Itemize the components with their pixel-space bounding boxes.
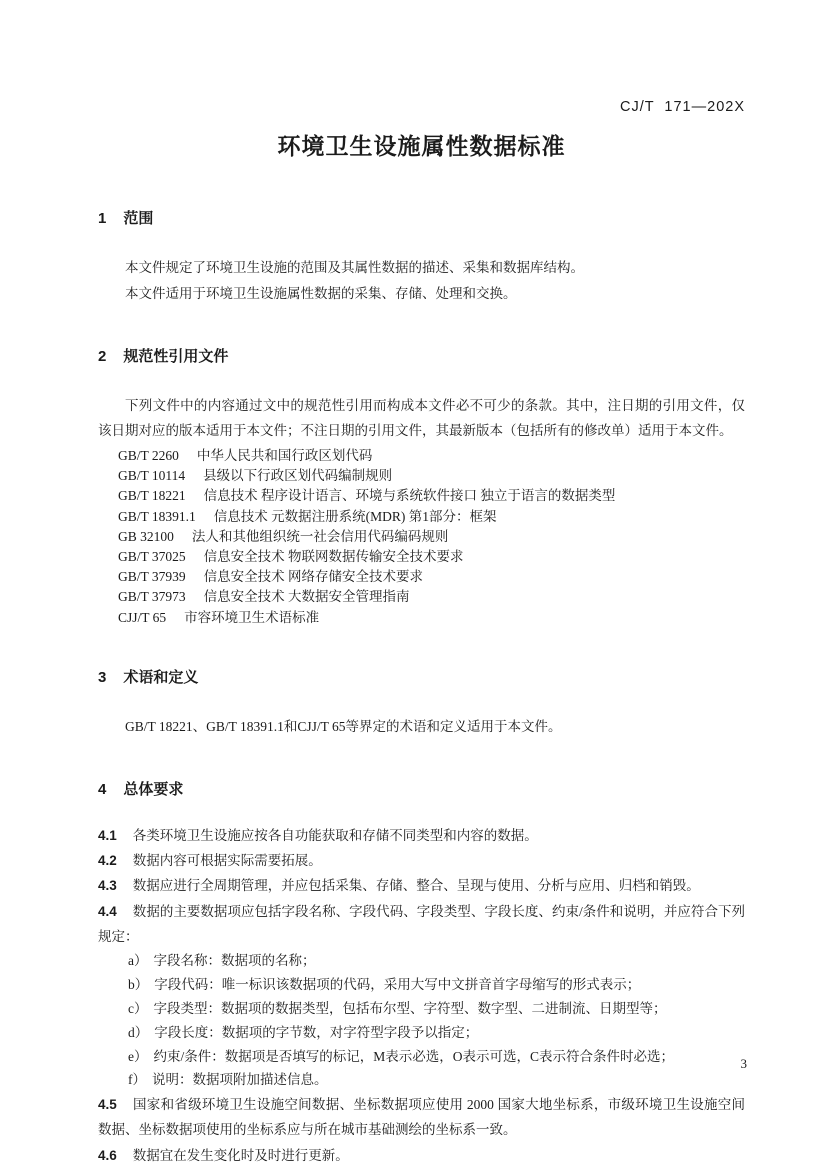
section-3-number: 3: [98, 669, 106, 686]
reference-title: 中华人民共和国行政区划代码: [197, 448, 373, 463]
reference-title: 信息安全技术 物联网数据传输安全技术要求: [204, 549, 464, 564]
sub-item-text: 约束/条件：数据项是否填写的标记，M表示必选，O表示可选，C表示符合条件时必选；: [154, 1049, 675, 1064]
page-number: 3: [741, 1056, 748, 1072]
clause-4-4: 4.4数据的主要数据项应包括字段名称、字段代码、字段类型、字段长度、约束/条件和…: [98, 899, 745, 950]
reference-code: GB/T 18391.1: [118, 507, 196, 527]
clause-text: 数据的主要数据项应包括字段名称、字段代码、字段类型、字段长度、约束/条件和说明，…: [98, 904, 745, 944]
section-4-title: 总体要求: [123, 781, 183, 798]
doc-number: CJ/T 171—202X: [98, 99, 745, 115]
clause-4-2: 4.2数据内容可根据实际需要拓展。: [98, 848, 745, 873]
section-2-title: 规范性引用文件: [123, 348, 228, 365]
reference-title: 信息安全技术 网络存储安全技术要求: [204, 569, 423, 584]
reference-code: GB/T 2260: [118, 446, 179, 466]
clause-number: 4.6: [98, 1148, 117, 1163]
clause-text: 各类环境卫生设施应按各自功能获取和存储不同类型和内容的数据。: [133, 828, 538, 843]
reference-item: GB/T 37939信息安全技术 网络存储安全技术要求: [98, 567, 745, 587]
clause-number: 4.1: [98, 828, 117, 843]
clause-4-1: 4.1各类环境卫生设施应按各自功能获取和存储不同类型和内容的数据。: [98, 823, 745, 848]
sub-item-d: d）字段长度：数据项的字节数，对字符型字段予以指定；: [98, 1021, 745, 1045]
page-content: CJ/T 171—202X 环境卫生设施属性数据标准 1范围 本文件规定了环境卫…: [0, 99, 826, 1168]
section-4-number: 4: [98, 781, 106, 798]
section-2-intro: 下列文件中的内容通过文中的规范性引用而构成本文件必不可少的条款。其中，注日期的引…: [98, 393, 745, 443]
reference-code: GB 32100: [118, 527, 174, 547]
sub-item-text: 说明：数据项附加描述信息。: [152, 1072, 328, 1087]
section-2-number: 2: [98, 348, 106, 365]
reference-item: GB/T 10114县级以下行政区划代码编制规则: [98, 466, 745, 486]
sub-item-label: e）: [128, 1049, 148, 1064]
sub-item-f: f）说明：数据项附加描述信息。: [98, 1068, 745, 1092]
clause-4-4-sublist: a）字段名称：数据项的名称； b）字段代码：唯一标识该数据项的代码，采用大写中文…: [98, 949, 745, 1092]
sub-item-e: e）约束/条件：数据项是否填写的标记，M表示必选，O表示可选，C表示符合条件时必…: [98, 1045, 745, 1069]
reference-item: GB/T 2260中华人民共和国行政区划代码: [98, 446, 745, 466]
reference-code: GB/T 37025: [118, 547, 186, 567]
reference-title: 信息技术 程序设计语言、环境与系统软件接口 独立于语言的数据类型: [204, 488, 616, 503]
section-3-heading: 3术语和定义: [98, 666, 745, 687]
reference-code: GB/T 18221: [118, 486, 186, 506]
sub-item-label: a）: [128, 953, 148, 968]
reference-title: 市容环境卫生术语标准: [184, 610, 319, 625]
sub-item-text: 字段长度：数据项的字节数，对字符型字段予以指定；: [154, 1025, 478, 1040]
reference-title: 法人和其他组织统一社会信用代码编码规则: [192, 529, 449, 544]
clause-text: 数据应进行全周期管理，并应包括采集、存储、整合、呈现与使用、分析与应用、归档和销…: [133, 878, 700, 893]
sub-item-label: d）: [128, 1025, 148, 1040]
clause-number: 4.4: [98, 904, 117, 919]
sub-item-c: c）字段类型：数据项的数据类型，包括布尔型、字符型、数字型、二进制流、日期型等；: [98, 997, 745, 1021]
section-1-paragraph: 本文件规定了环境卫生设施的范围及其属性数据的描述、采集和数据库结构。: [98, 255, 745, 281]
section-3-title: 术语和定义: [123, 669, 198, 686]
sub-item-label: b）: [128, 977, 148, 992]
section-1-paragraph: 本文件适用于环境卫生设施属性数据的采集、存储、处理和交换。: [98, 281, 745, 307]
sub-item-text: 字段代码：唯一标识该数据项的代码，采用大写中文拼音首字母缩写的形式表示；: [154, 977, 640, 992]
section-1-number: 1: [98, 210, 106, 227]
reference-title: 信息技术 元数据注册系统(MDR) 第1部分：框架: [214, 509, 497, 524]
section-1-title: 范围: [123, 210, 153, 227]
sub-item-b: b）字段代码：唯一标识该数据项的代码，采用大写中文拼音首字母缩写的形式表示；: [98, 973, 745, 997]
section-3-paragraph: GB/T 18221、GB/T 18391.1和CJJ/T 65等界定的术语和定…: [98, 714, 745, 740]
reference-code: GB/T 37939: [118, 567, 186, 587]
reference-title: 信息安全技术 大数据安全管理指南: [204, 589, 410, 604]
clause-4-5: 4.5国家和省级环境卫生设施空间数据、坐标数据项应使用 2000 国家大地坐标系…: [98, 1092, 745, 1143]
clause-4-6: 4.6数据宜在发生变化时及时进行更新。: [98, 1143, 745, 1168]
reference-item: GB 32100法人和其他组织统一社会信用代码编码规则: [98, 527, 745, 547]
reference-item: CJJ/T 65市容环境卫生术语标准: [98, 608, 745, 628]
reference-list: GB/T 2260中华人民共和国行政区划代码 GB/T 10114县级以下行政区…: [98, 446, 745, 628]
sub-item-label: c）: [128, 1001, 148, 1016]
sub-item-label: f）: [128, 1072, 146, 1087]
sub-item-text: 字段类型：数据项的数据类型，包括布尔型、字符型、数字型、二进制流、日期型等；: [154, 1001, 667, 1016]
reference-item: GB/T 37025信息安全技术 物联网数据传输安全技术要求: [98, 547, 745, 567]
sub-item-text: 字段名称：数据项的名称；: [154, 953, 316, 968]
clause-text: 数据内容可根据实际需要拓展。: [133, 853, 322, 868]
sub-item-a: a）字段名称：数据项的名称；: [98, 949, 745, 973]
section-2-heading: 2规范性引用文件: [98, 345, 745, 366]
section-1-heading: 1范围: [98, 207, 745, 228]
document-title: 环境卫生设施属性数据标准: [98, 128, 745, 161]
reference-code: GB/T 10114: [118, 466, 185, 486]
reference-item: GB/T 18221信息技术 程序设计语言、环境与系统软件接口 独立于语言的数据…: [98, 486, 745, 506]
reference-title: 县级以下行政区划代码编制规则: [203, 468, 392, 483]
clause-text: 国家和省级环境卫生设施空间数据、坐标数据项应使用 2000 国家大地坐标系，市级…: [98, 1097, 745, 1137]
section-4-heading: 4总体要求: [98, 778, 745, 799]
reference-item: GB/T 37973信息安全技术 大数据安全管理指南: [98, 587, 745, 607]
clause-4-3: 4.3数据应进行全周期管理，并应包括采集、存储、整合、呈现与使用、分析与应用、归…: [98, 873, 745, 898]
document-page: CJ/T 171—202X 环境卫生设施属性数据标准 1范围 本文件规定了环境卫…: [0, 0, 826, 1169]
reference-code: GB/T 37973: [118, 587, 186, 607]
reference-code: CJJ/T 65: [118, 608, 166, 628]
reference-item: GB/T 18391.1信息技术 元数据注册系统(MDR) 第1部分：框架: [98, 507, 745, 527]
clause-number: 4.5: [98, 1097, 117, 1112]
clause-number: 4.3: [98, 878, 117, 893]
clause-text: 数据宜在发生变化时及时进行更新。: [133, 1148, 349, 1163]
clause-number: 4.2: [98, 853, 117, 868]
